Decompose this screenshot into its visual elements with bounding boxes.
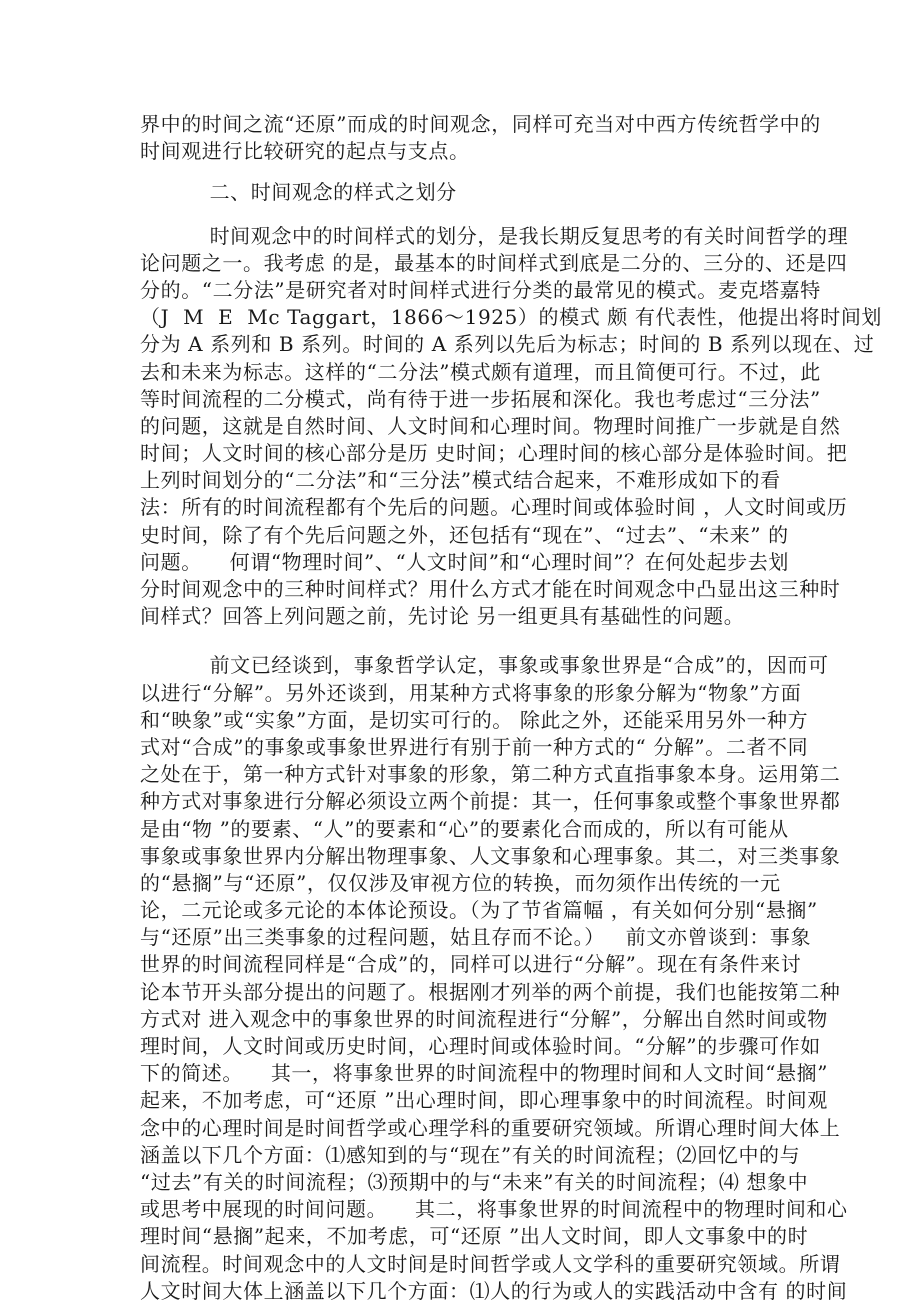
- text-line: 起来，不加考虑，可“还原 ”出心理时间，即心理事象中的时间流程。时间观: [140, 1087, 800, 1114]
- text-line: 理时间，人文时间或历史时间，心理时间或体验时间。“分解”的步骤可作如: [140, 1033, 800, 1060]
- text-line: 念中的心理时间是时间哲学或心理学科的重要研究领域。所谓心理时间大体上: [140, 1115, 800, 1142]
- text-line: “过去”有关的时间流程；⑶预期中的与“未来”有关的时间流程；⑷ 想象中: [140, 1169, 800, 1196]
- section-heading-text: 二、时间观念的样式之划分: [140, 179, 800, 206]
- text-line: 间样式？回答上列问题之前，先讨论 另一组更具有基础性的问题。: [140, 603, 800, 630]
- section-heading: 二、时间观念的样式之划分: [140, 179, 800, 206]
- text-line: 间流程。时间观念中的人文时间是时间哲学或人文学科的重要研究领域。所谓: [140, 1251, 800, 1278]
- text-line: 分的。“二分法”是研究者对时间样式进行分类的最常见的模式。麦克塔嘉特: [140, 277, 800, 304]
- text-line: 分时间观念中的三种时间样式？用什么方式才能在时间观念中凸显出这三种时: [140, 576, 800, 603]
- text-line: 的“悬搁”与“还原”，仅仅涉及审视方位的转换，而勿须作出传统的一元: [140, 870, 800, 897]
- text-line: 史时间，除了有个先后问题之外，还包括有“现在”、“过去”、“未来” 的: [140, 522, 800, 549]
- text-line: 上列时间划分的“二分法”和“三分法”模式结合起来，不难形成如下的看: [140, 467, 800, 494]
- text-line: 之处在于，第一种方式针对事象的形象，第二种方式直指事象本身。运用第二: [140, 761, 800, 788]
- text-line: 时间观念中的时间样式的划分，是我长期反复思考的有关时间哲学的理: [140, 223, 800, 250]
- text-line: 前文已经谈到，事象哲学认定，事象或事象世界是“合成”的，因而可: [140, 652, 800, 679]
- text-line: 和“映象”或“实象”方面，是切实可行的。 除此之外，还能采用另外一种方: [140, 707, 800, 734]
- text-line: 事象或事象世界内分解出物理事象、人文事象和心理事象。其二，对三类事象: [140, 843, 800, 870]
- paragraph-1: 时间观念中的时间样式的划分，是我长期反复思考的有关时间哲学的理 论问题之一。我考…: [140, 223, 800, 631]
- text-line: 是由“物 ”的要素、“人”的要素和“心”的要素化合而成的，所以有可能从: [140, 816, 800, 843]
- paragraph-2: 前文已经谈到，事象哲学认定，事象或事象世界是“合成”的，因而可 以进行“分解”。…: [140, 652, 800, 1302]
- text-line: 论，二元论或多元论的本体论预设。（为了节省篇幅 ，有关如何分别“悬搁”: [140, 897, 800, 924]
- text-line: 的问题，这就是自然时间、人文时间和心理时间。物理时间推广一步就是自然: [140, 413, 800, 440]
- text-line: 与“还原”出三类事象的过程问题，姑且存而不论。） 前文亦曾谈到：事象: [140, 924, 800, 951]
- text-line: 论本节开头部分提出的问题了。根据刚才列举的两个前提，我们也能按第二种: [140, 979, 800, 1006]
- text-line: 论问题之一。我考虑 的是，最基本的时间样式到底是二分的、三分的、还是四: [140, 250, 800, 277]
- text-line: 法：所有的时间流程都有个先后的问题。心理时间或体验时间 ，人文时间或历: [140, 494, 800, 521]
- document-page: 界中的时间之流“还原”而成的时间观念，同样可充当对中西方传统哲学中的 时间观进行…: [140, 111, 800, 1302]
- text-line: 理时间“悬搁”起来，不加考虑，可“还原 ”出人文时间，即人文事象中的时: [140, 1223, 800, 1250]
- text-line: 分为 A 系列和 B 系列。时间的 A 系列以先后为标志；时间的 B 系列以现在…: [140, 331, 800, 358]
- text-line: 涵盖以下几个方面：⑴感知到的与“现在”有关的时间流程；⑵回忆中的与: [140, 1142, 800, 1169]
- text-line: 去和未来为标志。这样的“二分法”模式颇有道理，而且简便可行。不过，此: [140, 359, 800, 386]
- text-line: 等时间流程的二分模式，尚有待于进一步拓展和深化。我也考虑过“三分法”: [140, 386, 800, 413]
- text-line: 下的简述。 其一，将事象世界的时间流程中的物理时间和人文时间“悬搁”: [140, 1060, 800, 1087]
- paragraph-spacer: [140, 630, 800, 652]
- text-line: （J M E Mc Taggart，1866～1925）的模式 颇 有代表性，他…: [140, 304, 800, 331]
- text-line: 以进行“分解”。另外还谈到，用某种方式将事象的形象分解为“物象”方面: [140, 680, 800, 707]
- text-line: 方式对 进入观念中的事象世界的时间流程进行“分解”，分解出自然时间或物: [140, 1006, 800, 1033]
- text-line: 问题。 何谓“物理时间”、“人文时间”和“心理时间”？在何处起步去划: [140, 549, 800, 576]
- text-line: 世界的时间流程同样是“合成”的，同样可以进行“分解”。现在有条件来讨: [140, 951, 800, 978]
- text-line: 界中的时间之流“还原”而成的时间观念，同样可充当对中西方传统哲学中的: [140, 111, 800, 138]
- text-line: 时间；人文时间的核心部分是历 史时间；心理时间的核心部分是体验时间。把: [140, 440, 800, 467]
- text-line: 时间观进行比较研究的起点与支点。: [140, 138, 800, 165]
- text-line: 人文时间大体上涵盖以下几个方面：⑴人的行为或人的实践活动中含有 的时间: [140, 1278, 800, 1302]
- text-line: 或思考中展现的时间问题。 其二，将事象世界的时间流程中的物理时间和心: [140, 1196, 800, 1223]
- text-line: 式对“合成”的事象或事象世界进行有别于前一种方式的“ 分解”。二者不同: [140, 734, 800, 761]
- intro-paragraph: 界中的时间之流“还原”而成的时间观念，同样可充当对中西方传统哲学中的 时间观进行…: [140, 111, 800, 165]
- text-line: 种方式对事象进行分解必须设立两个前提：其一，任何事象或整个事象世界都: [140, 788, 800, 815]
